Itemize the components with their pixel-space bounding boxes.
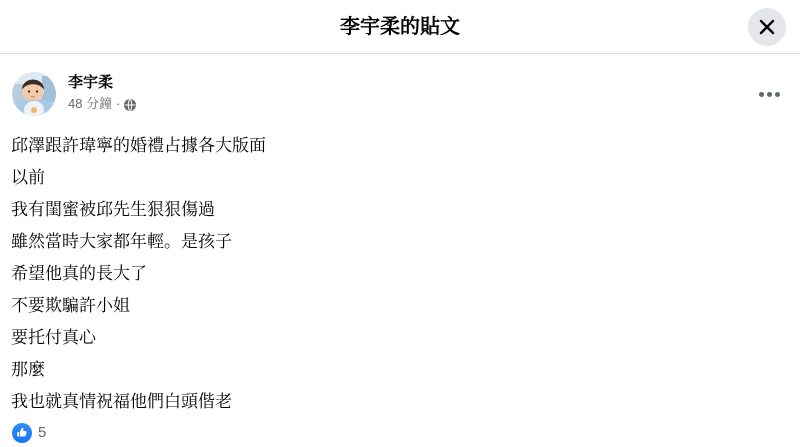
post-line: 我有閨蜜被邱先生狠狠傷過 <box>11 194 788 226</box>
thumbs-up-glyph <box>16 427 28 439</box>
post-options-button[interactable] <box>755 84 784 105</box>
timestamp[interactable]: 48 分鐘 <box>68 95 112 113</box>
author-block: 李宇柔 48 分鐘 · <box>68 72 136 113</box>
author-name[interactable]: 李宇柔 <box>68 73 136 93</box>
like-icon[interactable] <box>12 423 32 443</box>
globe-icon <box>124 99 136 111</box>
post-line: 要托付真心 <box>11 322 788 354</box>
close-button[interactable] <box>748 8 786 46</box>
post-modal: 李宇柔的貼文 <box>0 0 800 447</box>
avatar[interactable] <box>12 72 56 116</box>
ellipsis-icon <box>759 92 764 97</box>
like-count[interactable]: 5 <box>38 424 46 441</box>
post-line: 我也就真情祝福他們白頭偕老 <box>11 386 788 418</box>
post-line: 希望他真的長大了 <box>11 258 788 290</box>
modal-title: 李宇柔的貼文 <box>340 17 460 37</box>
close-icon <box>757 17 777 37</box>
meta-separator: · <box>116 95 120 113</box>
post-header: 李宇柔 48 分鐘 · <box>0 54 800 116</box>
post-content: 邱澤跟許瑋寧的婚禮占據各大版面 以前 我有閨蜜被邱先生狠狠傷過 雖然當時大家都年… <box>0 116 800 418</box>
post-meta: 48 分鐘 · <box>68 95 136 113</box>
post-line: 那麼 <box>11 354 788 386</box>
post-line: 雖然當時大家都年輕。是孩子 <box>11 226 788 258</box>
post-line: 邱澤跟許瑋寧的婚禮占據各大版面 <box>11 130 788 162</box>
avatar-baby-photo <box>12 72 56 116</box>
post-line: 以前 <box>11 162 788 194</box>
modal-header: 李宇柔的貼文 <box>0 0 800 54</box>
post-line: 不要欺騙許小姐 <box>11 290 788 322</box>
reactions-row: 5 <box>0 418 800 444</box>
